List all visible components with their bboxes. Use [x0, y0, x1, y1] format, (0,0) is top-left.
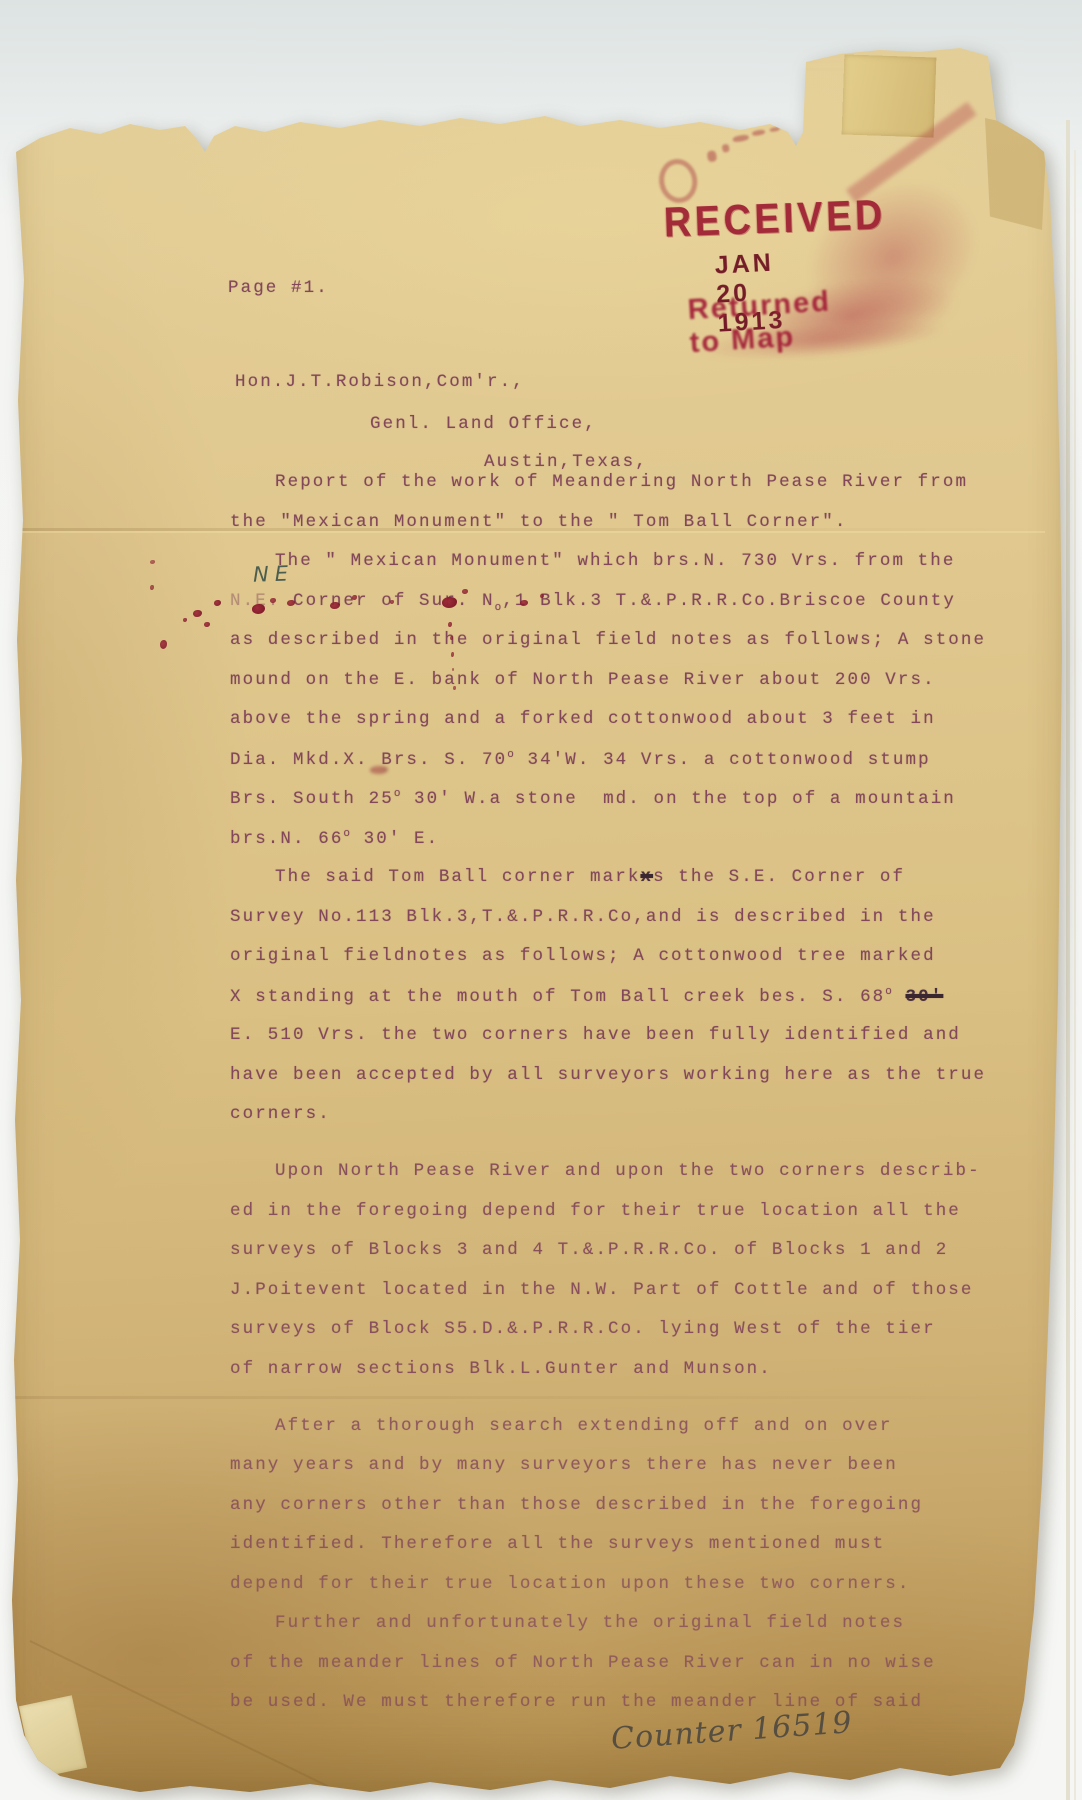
typed-line: as described in the original field notes… — [230, 630, 986, 650]
paper-wrap: RECEIVED JAN 20 1913 Returned to Map Pag… — [0, 0, 1082, 1800]
typed-line: E. 510 Vrs. the two corners have been fu… — [230, 1025, 961, 1045]
handwritten-counter-number: Counter 16519 — [610, 1705, 854, 1757]
typed-line: the "Mexican Monument" to the " Tom Ball… — [230, 512, 847, 532]
returned-to-map-stamp-text: Returned to Map — [687, 285, 834, 360]
typed-line: any corners other than those described i… — [230, 1495, 923, 1515]
ink-blot — [370, 766, 388, 774]
ink-blot — [150, 560, 155, 564]
scanned-document-canvas: RECEIVED JAN 20 1913 Returned to Map Pag… — [0, 0, 1082, 1800]
typed-line: The said Tom Ball corner markxs the S.E.… — [275, 867, 905, 887]
typed-line: depend for their true location upon thes… — [230, 1574, 911, 1594]
typed-line: have been accepted by all surveyors work… — [230, 1065, 986, 1085]
ink-blot — [160, 640, 167, 649]
typed-line: original fieldnotes as follows; A cotton… — [230, 946, 936, 966]
typed-line: Brs. South 25o 30' W.a stone md. on the … — [230, 788, 956, 809]
typed-line: surveys of Block S5.D.&.P.R.R.Co. lying … — [230, 1319, 936, 1339]
ink-blot — [204, 622, 210, 627]
typed-line: The " Mexican Monument" which brs.N. 730… — [275, 551, 956, 571]
received-stamp-text: RECEIVED — [663, 190, 886, 246]
ink-blot — [448, 622, 452, 627]
typed-line: corners. — [230, 1104, 331, 1124]
typed-line: ed in the foregoing depend for their tru… — [230, 1201, 961, 1221]
typed-line: brs.N. 66o 30' E. — [230, 828, 439, 849]
typed-line: Further and unfortunately the original f… — [275, 1613, 905, 1633]
typed-line: Austin,Texas, — [484, 452, 648, 472]
typed-line: identified. Therefore all the surveys me… — [230, 1534, 885, 1554]
typed-line: After a thorough search extending off an… — [275, 1416, 892, 1436]
handwritten-corner-correction: NE — [253, 561, 295, 586]
tape-piece-top — [842, 54, 937, 137]
typed-line: J.Poitevent located in the N.W. Part of … — [230, 1280, 974, 1300]
typed-line: Survey No.113 Blk.3,T.&.P.R.R.Co,and is … — [230, 907, 936, 927]
folded-corner — [985, 118, 1047, 230]
typed-line: of narrow sections Blk.L.Gunter and Muns… — [230, 1359, 772, 1379]
typed-line: surveys of Blocks 3 and 4 T.&.P.R.R.Co. … — [230, 1240, 948, 1260]
typed-line: Genl. Land Office, — [370, 414, 597, 434]
ink-blot — [193, 610, 202, 617]
ink-blot — [451, 652, 454, 657]
typed-line: Report of the work of Meandering North P… — [275, 472, 968, 492]
ink-blot — [150, 585, 154, 590]
typed-line: Dia. Mkd.X. Brs. S. 70o 34'W. 34 Vrs. a … — [230, 749, 931, 770]
document-paper: RECEIVED JAN 20 1913 Returned to Map Pag… — [0, 0, 1082, 1800]
typed-line: of the meander lines of North Pease Rive… — [230, 1653, 936, 1673]
typed-line: many years and by many surveyors there h… — [230, 1455, 898, 1475]
typed-line: Upon North Pease River and upon the two … — [275, 1161, 981, 1181]
typed-line: above the spring and a forked cottonwood… — [230, 709, 936, 729]
typed-line: Page #1. — [228, 278, 329, 298]
tape-piece-bottom — [19, 1695, 87, 1779]
ink-blot — [214, 600, 221, 606]
typed-line: Hon.J.T.Robison,Com'r., — [235, 372, 525, 392]
paper-crease — [15, 1396, 1055, 1399]
typed-line: mound on the E. bank of North Pease Rive… — [230, 670, 936, 690]
typed-line: X standing at the mouth of Tom Ball cree… — [230, 986, 943, 1007]
ink-blot — [183, 618, 187, 622]
